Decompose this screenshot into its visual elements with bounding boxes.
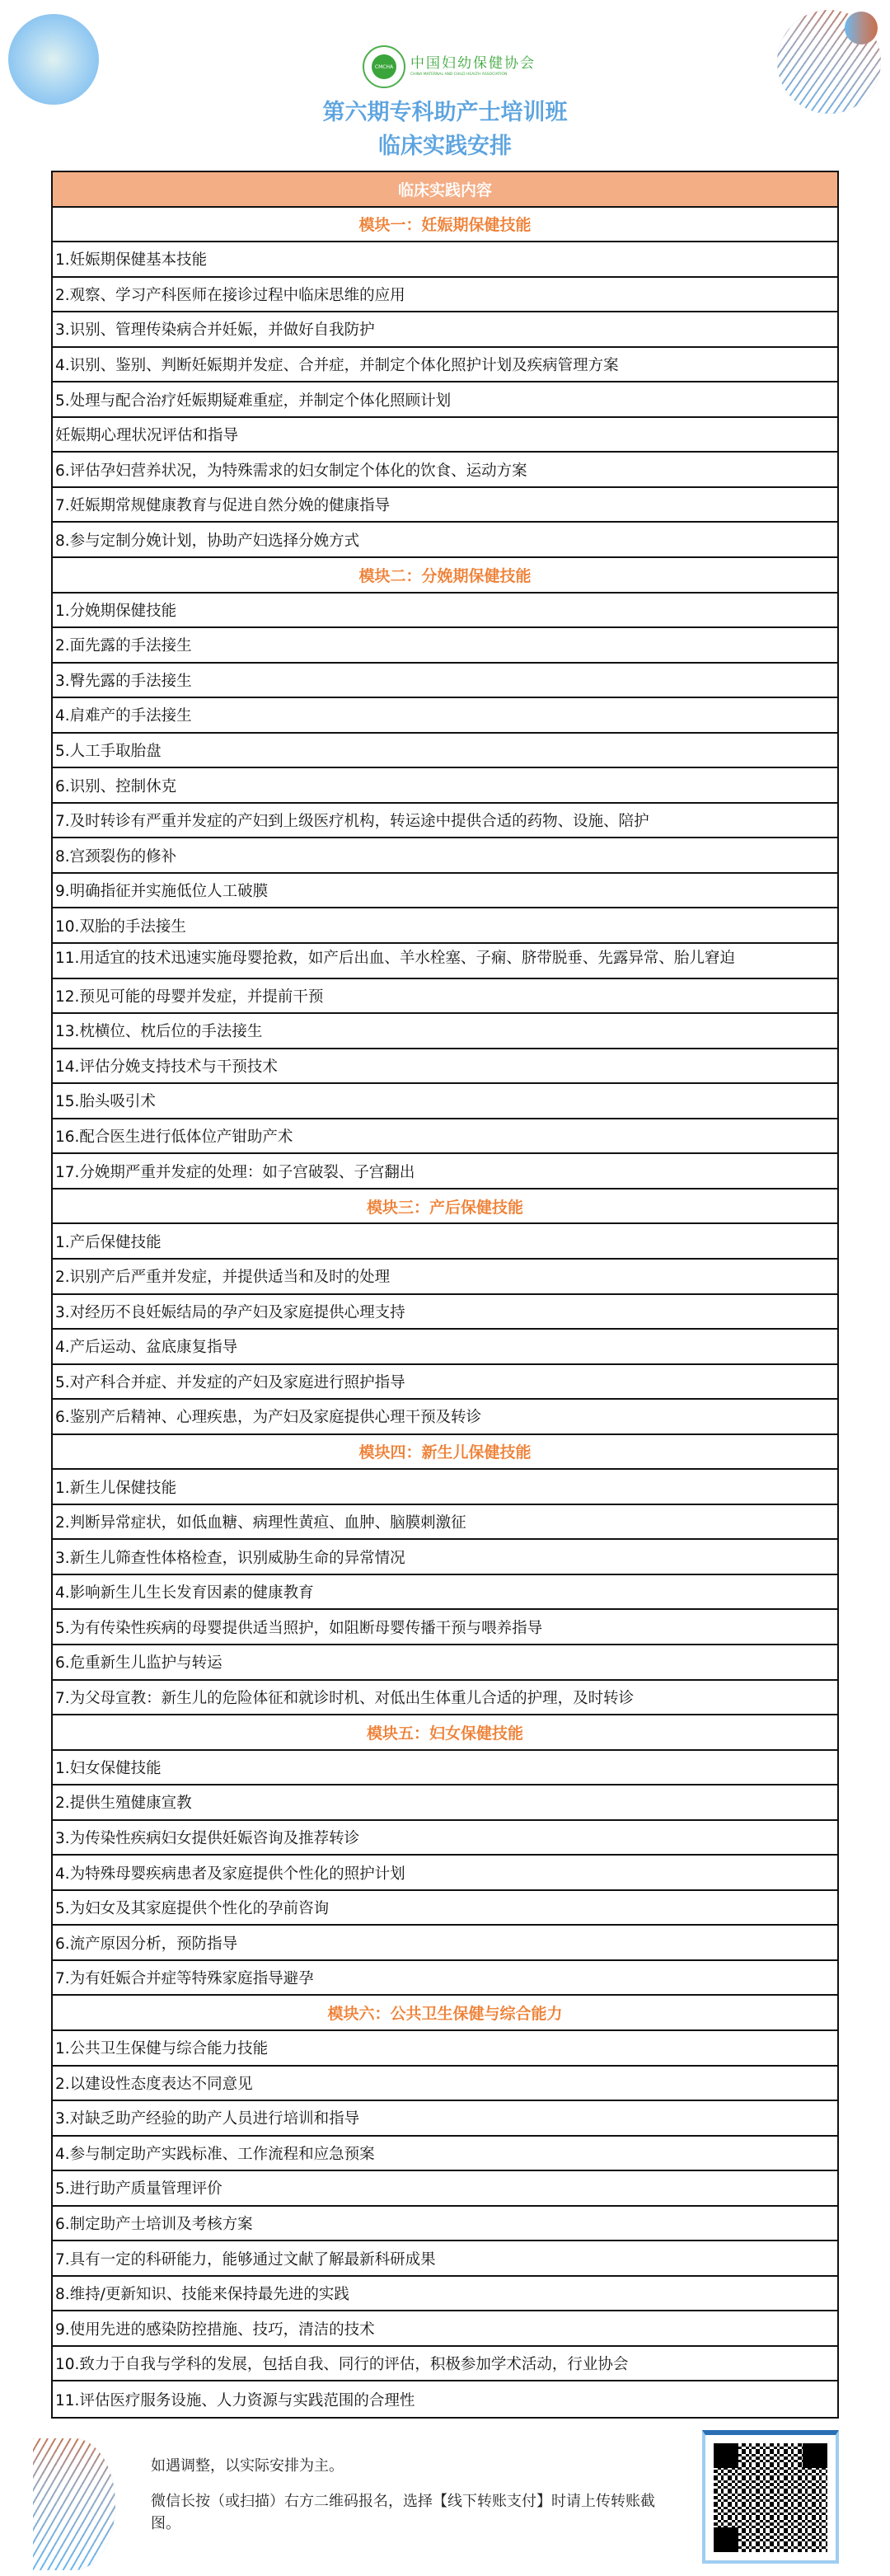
module-header-row: 模块四：新生儿保健技能 <box>53 1435 837 1471</box>
practice-item-text: 5.为有传染性疾病的母婴提供适当照护，如阻断母婴传播干预与喂养指导 <box>55 1616 542 1638</box>
decorative-striped-shape <box>33 2438 115 2570</box>
table-row: 7.为父母宣教：新生儿的危险体征和就诊时机、对低出生体重儿合适的护理，及时转诊 <box>53 1681 837 1716</box>
practice-item-text: 6.识别、控制休克 <box>55 775 176 796</box>
module-header-row: 模块五：妇女保健技能 <box>53 1715 837 1751</box>
practice-item-text: 4.参与制定助产实践标准、工作流程和应急预案 <box>55 2142 375 2164</box>
practice-item-text: 15.胎头吸引术 <box>55 1090 156 1111</box>
table-row: 3.臀先露的手法接生 <box>53 664 837 699</box>
practice-item-text: 5.处理与配合治疗妊娠期疑难重症，并制定个体化照顾计划 <box>55 389 451 411</box>
org-logo: CMCHA 中国妇幼保健协会 CHINA MATERNAL AND CHILD … <box>363 45 536 88</box>
practice-item-text: 8.维持/更新知识、技能来保持最先进的实践 <box>55 2283 349 2304</box>
practice-item-text: 9.明确指征并实施低位人工破膜 <box>55 880 268 901</box>
table-row: 1.分娩期保健技能 <box>53 594 837 629</box>
qr-code-icon <box>714 2443 827 2552</box>
practice-item-text: 7.为有妊娠合并症等特殊家庭指导避孕 <box>55 1967 314 1988</box>
table-row: 6.鉴别产后精神、心理疾患，为产妇及家庭提供心理干预及转诊 <box>53 1400 837 1435</box>
table-row: 10.双胎的手法接生 <box>53 908 837 944</box>
module-title: 模块一：妊娠期保健技能 <box>358 213 531 235</box>
table-row: 4.产后运动、盆底康复指导 <box>53 1330 837 1365</box>
decorative-blue-circle <box>8 14 99 105</box>
practice-item-text: 3.识别、管理传染病合并妊娠，并做好自我防护 <box>55 318 375 340</box>
table-row: 5.进行助产质量管理评价 <box>53 2171 837 2207</box>
table-row: 4.识别、鉴别、判断妊娠期并发症、合并症，并制定个体化照护计划及疾病管理方案 <box>53 348 837 383</box>
practice-item-text: 8.参与定制分娩计划，协助产妇选择分娩方式 <box>55 529 359 551</box>
practice-item-text: 7.及时转诊有严重并发症的产妇到上级医疗机构，转运途中提供合适的药物、设施、陪护 <box>55 809 649 831</box>
table-row: 12.预见可能的母婴并发症，并提前干预 <box>53 979 837 1015</box>
table-row: 5.对产科合并症、并发症的产妇及家庭进行照护指导 <box>53 1365 837 1401</box>
table-row: 8.宫颈裂伤的修补 <box>53 838 837 874</box>
practice-item-text: 6.流产原因分析，预防指导 <box>55 1932 237 1954</box>
practice-item-text: 妊娠期心理状况评估和指导 <box>55 424 238 445</box>
practice-item-text: 1.新生儿保健技能 <box>55 1476 176 1498</box>
table-row: 11.评估医疗服务设施、人力资源与实践范围的合理性 <box>53 2381 837 2417</box>
practice-item-text: 5.人工手取胎盘 <box>55 739 162 761</box>
table-row: 3.新生儿筛查性体格检查，识别威胁生命的异常情况 <box>53 1540 837 1575</box>
table-row: 9.使用先进的感染防控措施、技巧，清洁的技术 <box>53 2311 837 2347</box>
practice-item-text: 5.进行助产质量管理评价 <box>55 2177 222 2198</box>
adjustment-note: 如遇调整，以实际安排为主。 <box>151 2455 344 2477</box>
practice-item-text: 6.鉴别产后精神、心理疾患，为产妇及家庭提供心理干预及转诊 <box>55 1405 481 1427</box>
table-row: 妊娠期心理状况评估和指导 <box>53 418 837 453</box>
table-row: 1.妇女保健技能 <box>53 1751 837 1786</box>
practice-item-text: 12.预见可能的母婴并发症，并提前干预 <box>55 985 323 1006</box>
practice-item-text: 1.产后保健技能 <box>55 1231 162 1252</box>
table-row: 2.面先露的手法接生 <box>53 628 837 664</box>
practice-item-text: 1.妊娠期保健基本技能 <box>55 248 207 270</box>
table-row: 3.对缺乏助产经验的助产人员进行培训和指导 <box>53 2101 837 2137</box>
practice-item-text: 16.配合医生进行低体位产钳助产术 <box>55 1125 293 1147</box>
table-row: 17.分娩期严重并发症的处理：如子宫破裂、子宫翻出 <box>53 1154 837 1189</box>
practice-item-text: 2.面先露的手法接生 <box>55 634 192 655</box>
practice-item-text: 5.对产科合并症、并发症的产妇及家庭进行照护指导 <box>55 1371 405 1392</box>
org-name-en: CHINA MATERNAL AND CHILD HEALTH ASSOCIAT… <box>410 72 536 78</box>
module-title: 模块四：新生儿保健技能 <box>358 1440 531 1462</box>
practice-item-text: 10.双胎的手法接生 <box>55 915 186 936</box>
practice-item-text: 6.危重新生儿监护与转运 <box>55 1651 222 1673</box>
table-row: 1.妊娠期保健基本技能 <box>53 242 837 278</box>
practice-item-text: 3.新生儿筛查性体格检查，识别威胁生命的异常情况 <box>55 1546 405 1568</box>
table-row: 3.识别、管理传染病合并妊娠，并做好自我防护 <box>53 312 837 348</box>
practice-item-text: 3.臀先露的手法接生 <box>55 669 192 691</box>
table-row: 11.用适宜的技术迅速实施母婴抢救，如产后出血、羊水栓塞、子痫、脐带脱垂、先露异… <box>53 944 837 979</box>
table-row: 6.流产原因分析，预防指导 <box>53 1926 837 1961</box>
table-row: 1.公共卫生保健与综合能力技能 <box>53 2031 837 2067</box>
table-row: 5.处理与配合治疗妊娠期疑难重症，并制定个体化照顾计划 <box>53 382 837 418</box>
org-name-cn: 中国妇幼保健协会 <box>410 55 536 72</box>
practice-item-text: 5.为妇女及其家庭提供个性化的孕前咨询 <box>55 1897 329 1918</box>
module-title: 模块三：产后保健技能 <box>367 1195 523 1218</box>
table-row: 6.制定助产士培训及考核方案 <box>53 2207 837 2242</box>
table-row: 1.产后保健技能 <box>53 1224 837 1260</box>
practice-item-text: 4.为特殊母婴疾病患者及家庭提供个性化的照护计划 <box>55 1862 405 1884</box>
practice-item-text: 2.判断异常症状，如低血糖、病理性黄疸、血肿、脑膜刺激征 <box>55 1511 466 1532</box>
practice-item-text: 7.为父母宣教：新生儿的危险体征和就诊时机、对低出生体重儿合适的护理，及时转诊 <box>55 1687 634 1708</box>
practice-item-text: 3.为传染性疾病妇女提供妊娠咨询及推荐转诊 <box>55 1827 359 1848</box>
practice-item-text: 6.评估孕妇营养状况，为特殊需求的妇女制定个体化的饮食、运动方案 <box>55 459 527 481</box>
practice-item-text: 4.产后运动、盆底康复指导 <box>55 1335 237 1357</box>
table-header-label: 临床实践内容 <box>398 178 492 200</box>
module-title: 模块五：妇女保健技能 <box>367 1721 523 1743</box>
table-row: 2.观察、学习产科医师在接诊过程中临床思维的应用 <box>53 278 837 313</box>
module-header-row: 模块六：公共卫生保健与综合能力 <box>53 1996 837 2031</box>
table-row: 8.参与定制分娩计划，协助产妇选择分娩方式 <box>53 523 837 558</box>
practice-item-text: 3.对经历不良妊娠结局的孕产妇及家庭提供心理支持 <box>55 1301 405 1322</box>
table-row: 8.维持/更新知识、技能来保持最先进的实践 <box>53 2277 837 2312</box>
table-row: 2.识别产后严重并发症，并提供适当和及时的处理 <box>53 1260 837 1295</box>
practice-item-text: 1.公共卫生保健与综合能力技能 <box>55 2037 268 2058</box>
practice-item-text: 11.评估医疗服务设施、人力资源与实践范围的合理性 <box>55 2389 415 2410</box>
practice-item-text: 17.分娩期严重并发症的处理：如子宫破裂、子宫翻出 <box>55 1161 415 1182</box>
table-row: 5.为妇女及其家庭提供个性化的孕前咨询 <box>53 1891 837 1926</box>
practice-item-text: 4.识别、鉴别、判断妊娠期并发症、合并症，并制定个体化照护计划及疾病管理方案 <box>55 354 619 375</box>
table-row: 6.识别、控制休克 <box>53 768 837 804</box>
module-title: 模块六：公共卫生保健与综合能力 <box>327 2001 562 2024</box>
practice-item-text: 2.观察、学习产科医师在接诊过程中临床思维的应用 <box>55 284 405 305</box>
table-row: 2.判断异常症状，如低血糖、病理性黄疸、血肿、脑膜刺激征 <box>53 1505 837 1541</box>
table-row: 5.为有传染性疾病的母婴提供适当照护，如阻断母婴传播干预与喂养指导 <box>53 1610 837 1645</box>
table-row: 5.人工手取胎盘 <box>53 734 837 769</box>
practice-item-text: 1.分娩期保健技能 <box>55 599 176 621</box>
table-row: 16.配合医生进行低体位产钳助产术 <box>53 1119 837 1155</box>
table-row: 4.为特殊母婴疾病患者及家庭提供个性化的照护计划 <box>53 1856 837 1891</box>
practice-item-text: 2.提供生殖健康宣教 <box>55 1791 192 1813</box>
practice-item-text: 2.识别产后严重并发症，并提供适当和及时的处理 <box>55 1265 390 1287</box>
practice-item-text: 10.致力于自我与学科的发展，包括自我、同行的评估，积极参加学术活动，行业协会 <box>55 2353 628 2374</box>
module-header-row: 模块一：妊娠期保健技能 <box>53 208 837 243</box>
practice-item-text: 13.枕横位、枕后位的手法接生 <box>55 1020 262 1041</box>
emblem-text: CMCHA <box>372 54 396 79</box>
table-row: 6.评估孕妇营养状况，为特殊需求的妇女制定个体化的饮食、运动方案 <box>53 453 837 488</box>
registration-note: 微信长按（或扫描）右方二维码报名，选择【线下转账支付】时请上传转账截图。 <box>151 2490 678 2535</box>
practice-item-text: 3.对缺乏助产经验的助产人员进行培训和指导 <box>55 2107 359 2128</box>
table-row: 7.及时转诊有严重并发症的产妇到上级医疗机构，转运途中提供合适的药物、设施、陪护 <box>53 804 837 839</box>
table-row: 2.提供生殖健康宣教 <box>53 1785 837 1821</box>
table-row: 10.致力于自我与学科的发展，包括自我、同行的评估，积极参加学术活动，行业协会 <box>53 2347 837 2382</box>
module-title: 模块二：分娩期保健技能 <box>358 564 531 586</box>
practice-item-text: 4.影响新生儿生长发育因素的健康教育 <box>55 1581 314 1602</box>
practice-item-text: 6.制定助产士培训及考核方案 <box>55 2212 253 2234</box>
table-row: 7.为有妊娠合并症等特殊家庭指导避孕 <box>53 1961 837 1997</box>
module-header-row: 模块二：分娩期保健技能 <box>53 558 837 594</box>
practice-item-text: 7.妊娠期常规健康教育与促进自然分娩的健康指导 <box>55 494 390 515</box>
practice-item-text: 1.妇女保健技能 <box>55 1757 162 1778</box>
table-row: 9.明确指征并实施低位人工破膜 <box>53 874 837 909</box>
table-row: 7.妊娠期常规健康教育与促进自然分娩的健康指导 <box>53 488 837 523</box>
page-subtitle: 临床实践安排 <box>0 128 890 160</box>
module-header-row: 模块三：产后保健技能 <box>53 1189 837 1225</box>
org-emblem-icon: CMCHA <box>363 45 405 88</box>
practice-item-text: 9.使用先进的感染防控措施、技巧，清洁的技术 <box>55 2318 375 2339</box>
practice-item-text: 4.肩难产的手法接生 <box>55 704 192 725</box>
clinical-practice-table: 临床实践内容 模块一：妊娠期保健技能1.妊娠期保健基本技能2.观察、学习产科医师… <box>51 171 839 2419</box>
practice-item-text: 7.具有一定的科研能力，能够通过文献了解最新科研成果 <box>55 2248 436 2269</box>
table-row: 13.枕横位、枕后位的手法接生 <box>53 1014 837 1049</box>
table-row: 4.参与制定助产实践标准、工作流程和应急预案 <box>53 2137 837 2172</box>
table-row: 3.对经历不良妊娠结局的孕产妇及家庭提供心理支持 <box>53 1295 837 1330</box>
table-row: 14.评估分娩支持技术与干预技术 <box>53 1049 837 1085</box>
table-row: 3.为传染性疾病妇女提供妊娠咨询及推荐转诊 <box>53 1821 837 1856</box>
registration-qr-code[interactable] <box>702 2430 839 2564</box>
page-title: 第六期专科助产士培训班 <box>0 94 890 126</box>
practice-item-text: 2.以建设性态度表达不同意见 <box>55 2072 253 2094</box>
table-row: 4.肩难产的手法接生 <box>53 698 837 734</box>
table-header: 临床实践内容 <box>53 172 837 208</box>
practice-item-text: 8.宫颈裂伤的修补 <box>55 845 176 866</box>
table-row: 4.影响新生儿生长发育因素的健康教育 <box>53 1575 837 1611</box>
table-row: 15.胎头吸引术 <box>53 1084 837 1119</box>
table-row: 7.具有一定的科研能力，能够通过文献了解最新科研成果 <box>53 2241 837 2277</box>
table-row: 2.以建设性态度表达不同意见 <box>53 2067 837 2102</box>
practice-item-text: 14.评估分娩支持技术与干预技术 <box>55 1055 278 1077</box>
table-row: 6.危重新生儿监护与转运 <box>53 1645 837 1681</box>
table-row: 1.新生儿保健技能 <box>53 1470 837 1505</box>
practice-item-text: 11.用适宜的技术迅速实施母婴抢救，如产后出血、羊水栓塞、子痫、脐带脱垂、先露异… <box>55 947 830 969</box>
decorative-gradient-dot <box>845 12 878 45</box>
